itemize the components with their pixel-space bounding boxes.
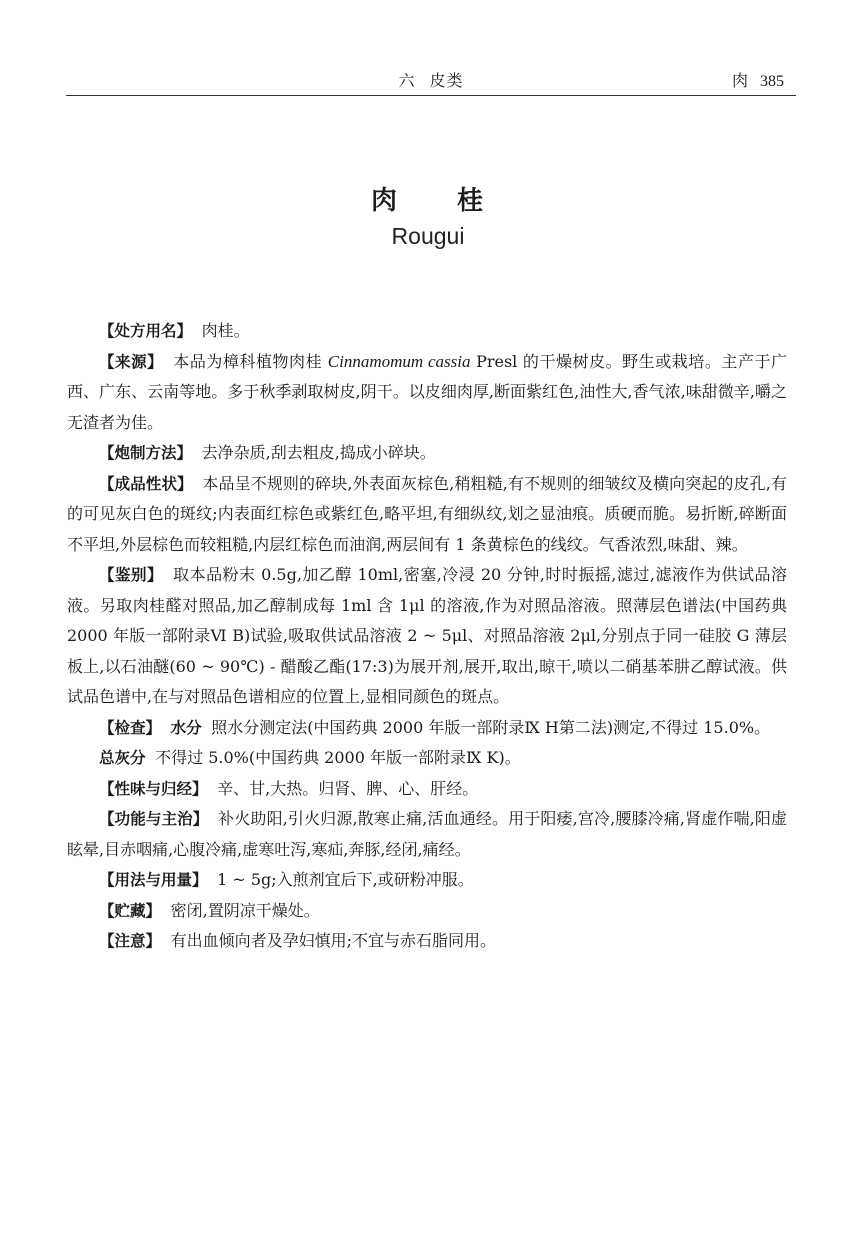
running-head-chapter: 六皮类 — [66, 68, 796, 91]
section-label: 【来源】 — [99, 353, 163, 371]
section-caution: 【注意】有出血倾向者及孕妇慎用;不宜与赤石脂同用。 — [67, 926, 787, 957]
running-head: 六皮类 肉385 — [66, 64, 796, 96]
page-number: 385 — [760, 73, 784, 90]
section-text: 辛、甘,大热。归肾、脾、心、肝经。 — [217, 779, 478, 798]
section-text: 密闭,置阴凉干燥处。 — [171, 901, 320, 920]
latin-name: Cinnamomum cassia — [328, 352, 471, 371]
section-usage-dosage: 【用法与用量】1 ~ 5g;入煎剂宜后下,或研粉冲服。 — [67, 865, 787, 896]
section-label: 【鉴别】 — [99, 566, 163, 584]
section-label: 【贮藏】 — [99, 902, 161, 920]
section-inspection-ash: 总灰分不得过 5.0%(中国药典 2000 年版一部附录Ⅸ K)。 — [67, 743, 787, 774]
section-storage: 【贮藏】密闭,置阴凉干燥处。 — [67, 896, 787, 927]
section-inspection: 【检查】水分照水分测定法(中国药典 2000 年版一部附录Ⅸ H第二法)测定,不… — [67, 713, 787, 744]
section-functions: 【功能与主治】补火助阳,引火归源,散寒止痛,活血通经。用于阳痿,宫冷,腰膝冷痛,… — [67, 804, 787, 865]
section-text: 照水分测定法(中国药典 2000 年版一部附录Ⅸ H第二法)测定,不得过 15.… — [211, 718, 770, 737]
section-label: 【检查】 — [99, 719, 161, 737]
section-label: 【成品性状】 — [99, 475, 193, 493]
section-label: 【处方用名】 — [99, 322, 192, 340]
entry-title-char-2: 桂 — [457, 186, 485, 216]
section-text: 取本品粉末 0.5g,加乙醇 10ml,密塞,冷浸 20 分钟,时时振摇,滤过,… — [67, 565, 787, 706]
entry-body: 【处方用名】肉桂。 【来源】本品为樟科植物肉桂 Cinnamomum cassi… — [67, 316, 787, 957]
section-nature-meridian: 【性味与归经】辛、甘,大热。归肾、脾、心、肝经。 — [67, 774, 787, 805]
header-rule — [66, 95, 796, 96]
section-text: 本品为樟科植物肉桂 — [173, 352, 328, 371]
section-label: 【性味与归经】 — [99, 780, 208, 798]
section-characteristics: 【成品性状】本品呈不规则的碎块,外表面灰棕色,稍粗糙,有不规则的细皱纹及横向突起… — [67, 469, 787, 561]
ash-label: 总灰分 — [99, 749, 146, 767]
section-processing: 【炮制方法】去净杂质,刮去粗皮,捣成小碎块。 — [67, 438, 787, 469]
moisture-label: 水分 — [171, 719, 202, 737]
section-label: 【功能与主治】 — [99, 810, 208, 828]
section-text: 不得过 5.0%(中国药典 2000 年版一部附录Ⅸ K)。 — [155, 748, 521, 767]
section-prescription-name: 【处方用名】肉桂。 — [67, 316, 787, 347]
running-head-right: 肉385 — [732, 68, 784, 91]
section-identification: 【鉴别】取本品粉末 0.5g,加乙醇 10ml,密塞,冷浸 20 分钟,时时振摇… — [67, 560, 787, 713]
section-number: 六 — [398, 71, 415, 90]
section-label: 【炮制方法】 — [99, 444, 192, 462]
section-text: 肉桂。 — [202, 321, 250, 340]
section-label: 【注意】 — [99, 932, 161, 950]
section-text: 去净杂质,刮去粗皮,捣成小碎块。 — [202, 443, 436, 462]
section-text: 有出血倾向者及孕妇慎用;不宜与赤石脂同用。 — [171, 931, 496, 950]
chapter-title: 皮类 — [430, 71, 464, 90]
entry-pinyin: Rougui — [0, 223, 856, 250]
section-text: 1 ~ 5g;入煎剂宜后下,或研粉冲服。 — [217, 870, 474, 889]
section-label: 【用法与用量】 — [99, 871, 208, 889]
entry-char: 肉 — [732, 71, 748, 90]
section-source: 【来源】本品为樟科植物肉桂 Cinnamomum cassia Presl 的干… — [67, 347, 787, 439]
entry-title: 肉桂 — [0, 180, 856, 217]
entry-title-char-1: 肉 — [371, 186, 399, 216]
